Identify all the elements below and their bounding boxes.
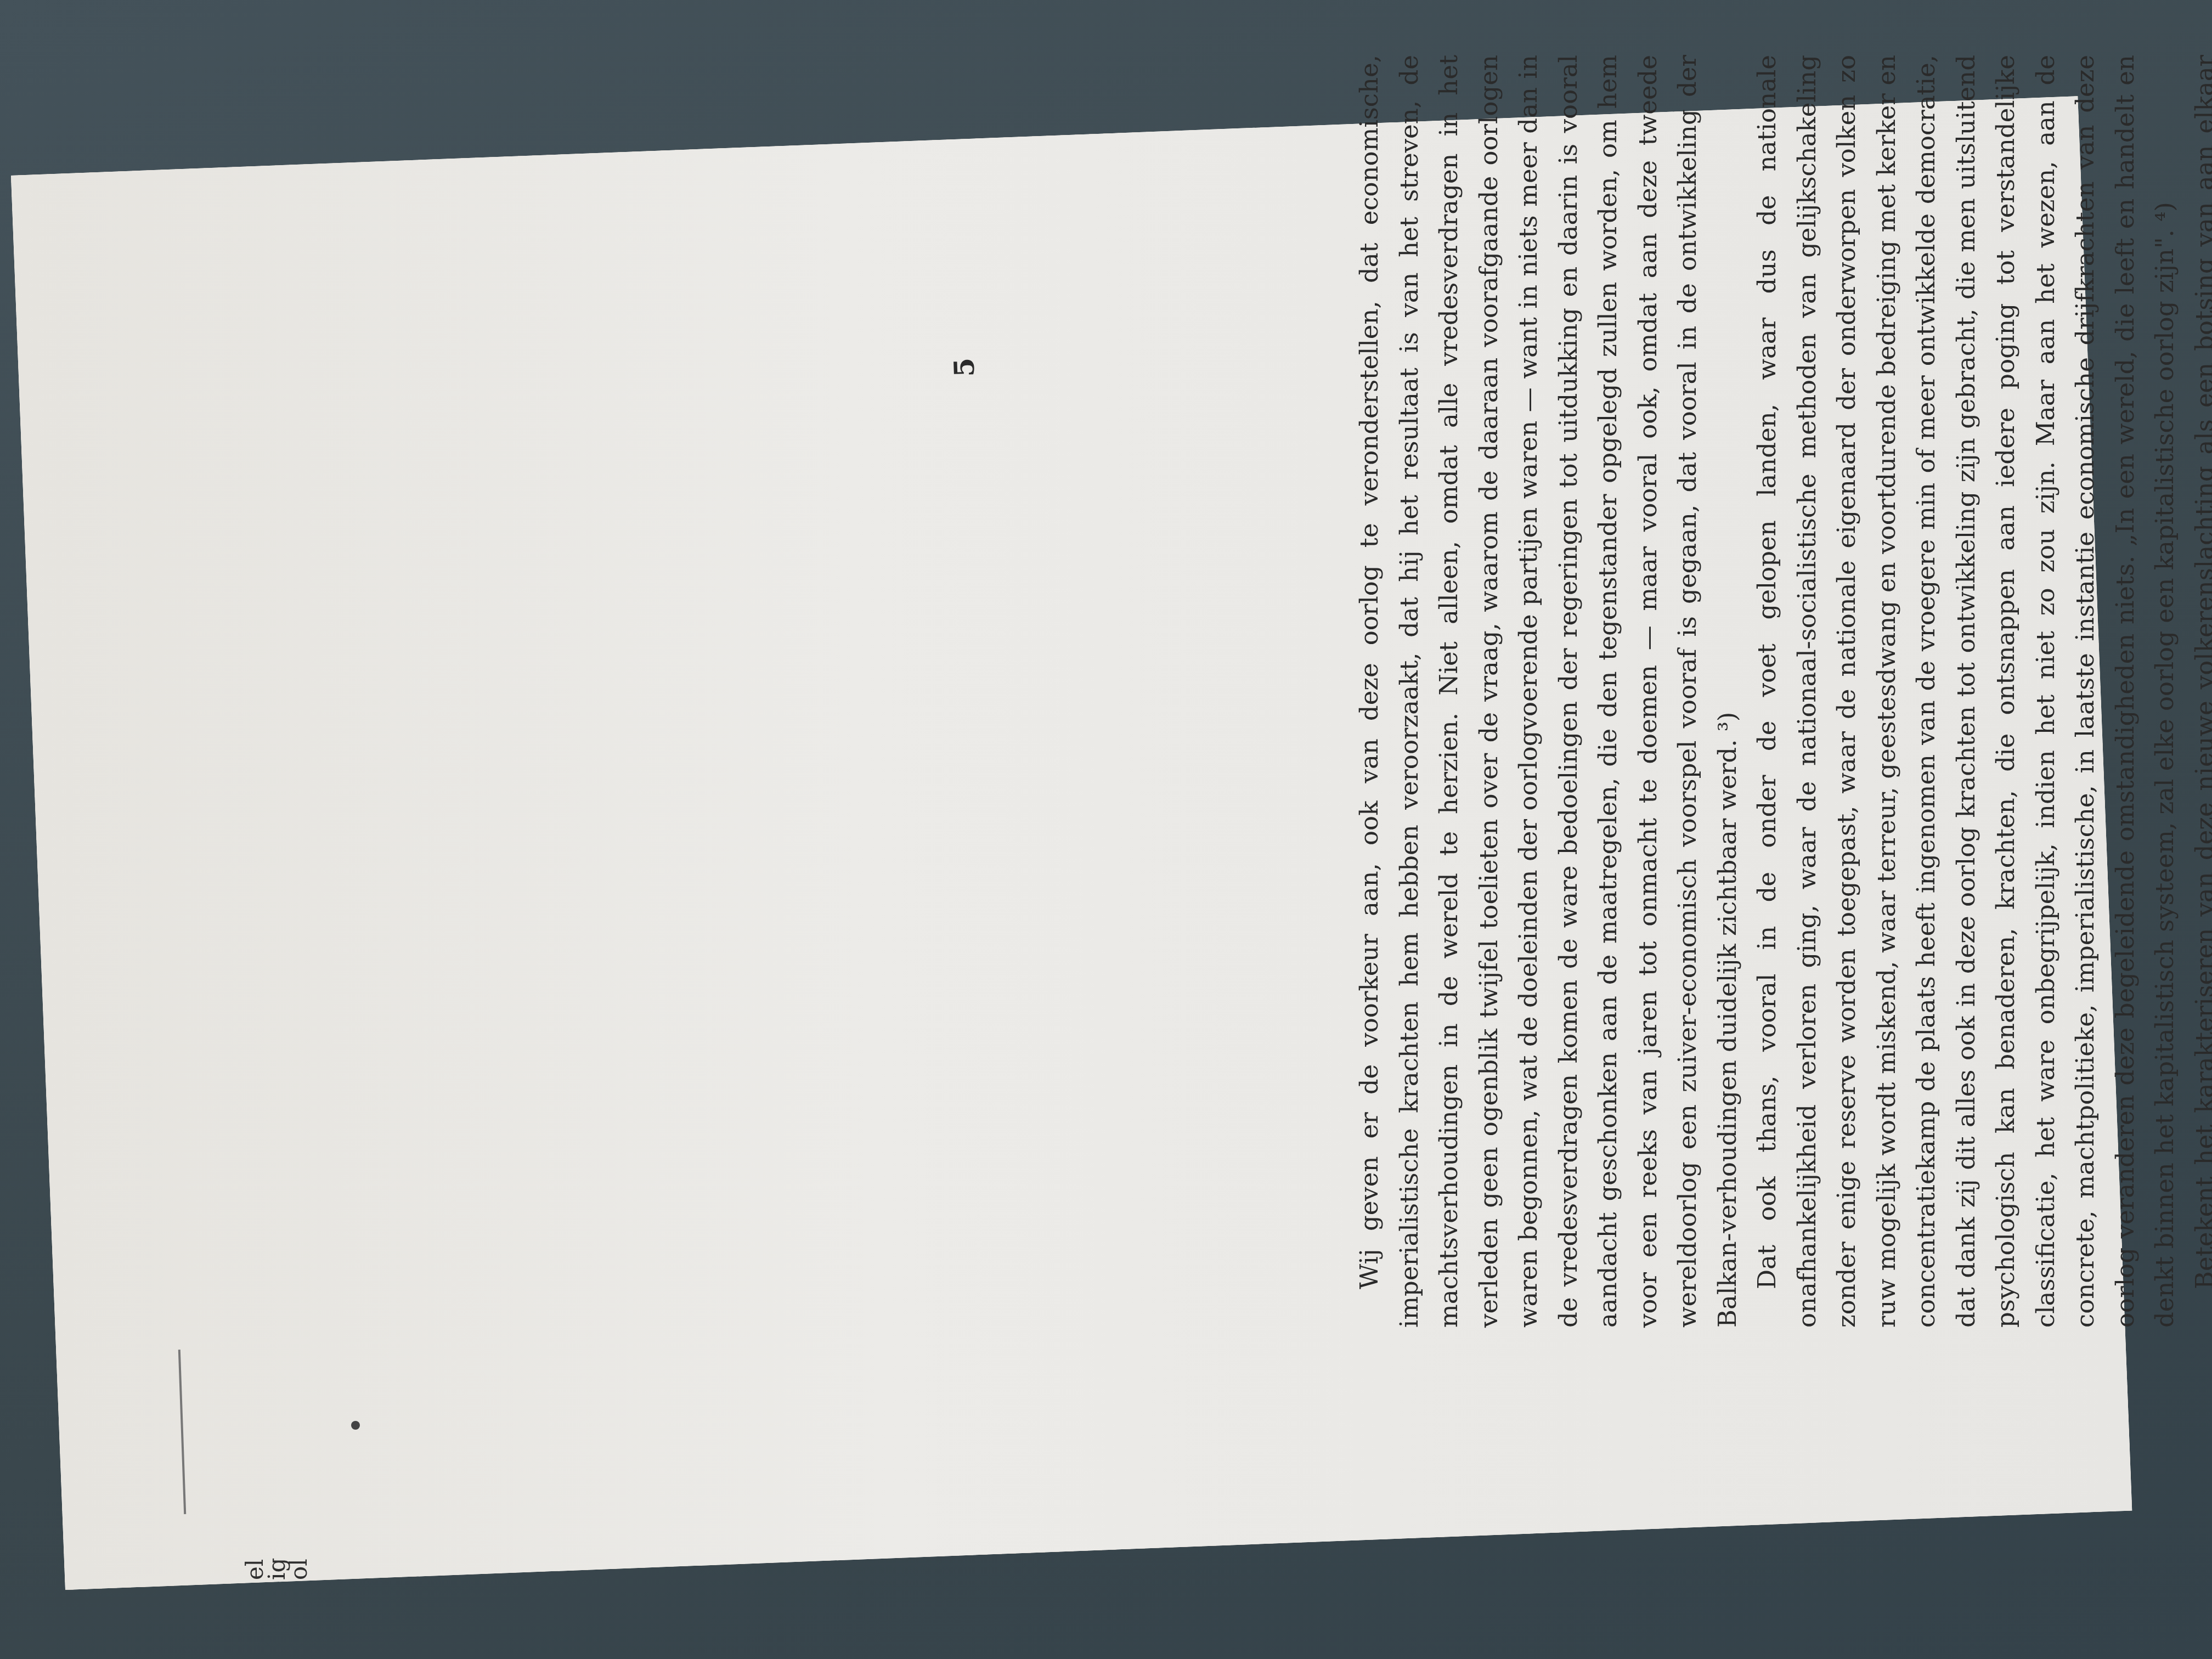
paragraph-3: Betekent het karakteriseren van deze nie… — [2185, 55, 2212, 1328]
facing-page-fragments: el ig ol — [241, 702, 318, 1580]
fragment: ol — [285, 1559, 312, 1580]
body-text: Wij geven er de voorkeur aan, ook van de… — [1350, 55, 2212, 1328]
paragraph-2: Dat ook thans, vooral in de onder de voe… — [1747, 55, 2185, 1328]
page-number: 5 — [947, 357, 980, 377]
paragraph-1: Wij geven er de voorkeur aan, ook van de… — [1350, 55, 1747, 1328]
ink-spot — [351, 1421, 360, 1430]
